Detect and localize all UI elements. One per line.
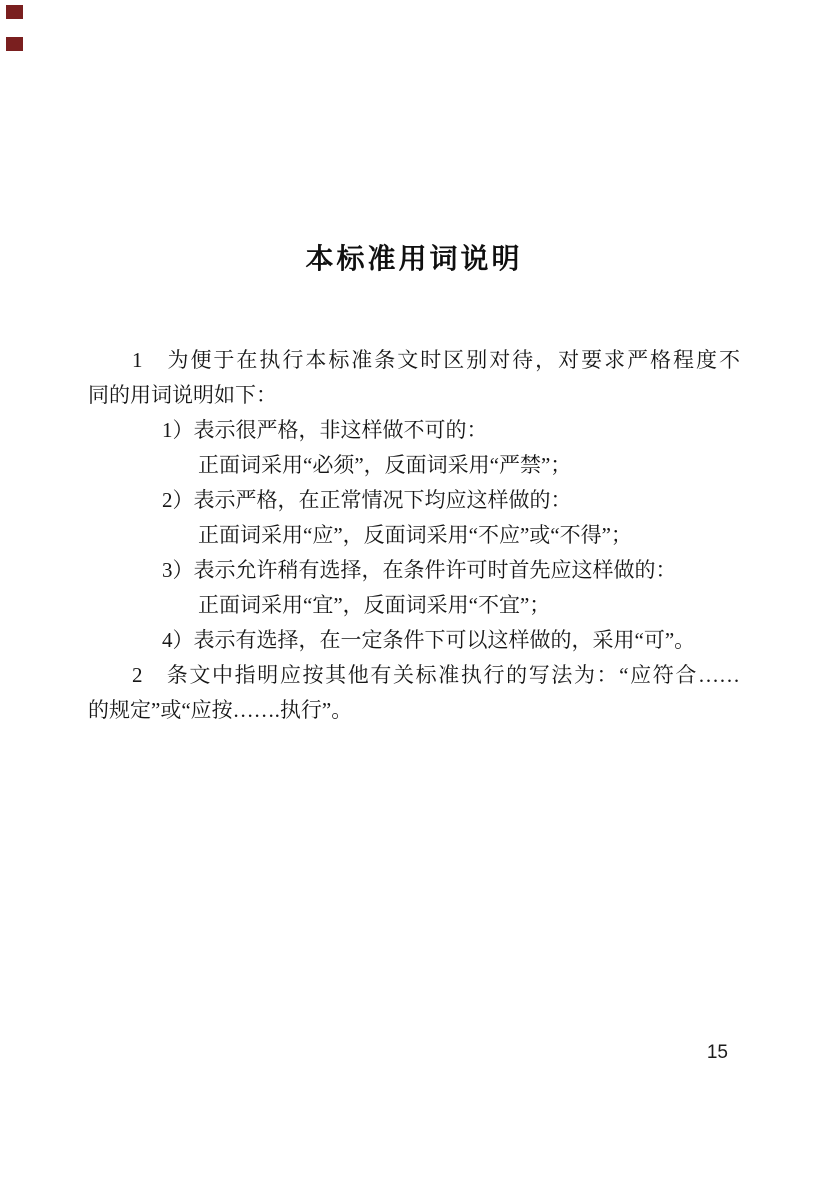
body-line: 正面词采用“应”，反面词采用“不应”或“不得”；: [88, 518, 740, 553]
body-line: 的规定”或“应按…….执行”。: [88, 693, 740, 728]
page-title: 本标准用词说明: [0, 0, 828, 277]
body-line: 同的用词说明如下：: [88, 378, 740, 413]
body-line: 1 为便于在执行本标准条文时区别对待，对要求严格程度不: [88, 343, 740, 378]
body-line: 正面词采用“必须”，反面词采用“严禁”；: [88, 448, 740, 483]
page-number: 15: [707, 1042, 728, 1064]
scan-artifact-mark-top: [6, 5, 23, 19]
document-page: 本标准用词说明 1 为便于在执行本标准条文时区别对待，对要求严格程度不 同的用词…: [0, 0, 828, 1198]
body-line: 4）表示有选择，在一定条件下可以这样做的，采用“可”。: [88, 623, 740, 658]
body-line: 2）表示严格，在正常情况下均应这样做的：: [88, 483, 740, 518]
scan-artifact-mark-bottom: [6, 37, 23, 51]
document-body: 1 为便于在执行本标准条文时区别对待，对要求严格程度不 同的用词说明如下： 1）…: [88, 343, 740, 728]
body-line: 3）表示允许稍有选择，在条件许可时首先应这样做的：: [88, 553, 740, 588]
body-line: 正面词采用“宜”，反面词采用“不宜”；: [88, 588, 740, 623]
body-line: 1）表示很严格，非这样做不可的：: [88, 413, 740, 448]
body-line: 2 条文中指明应按其他有关标准执行的写法为：“应符合……: [88, 658, 740, 693]
